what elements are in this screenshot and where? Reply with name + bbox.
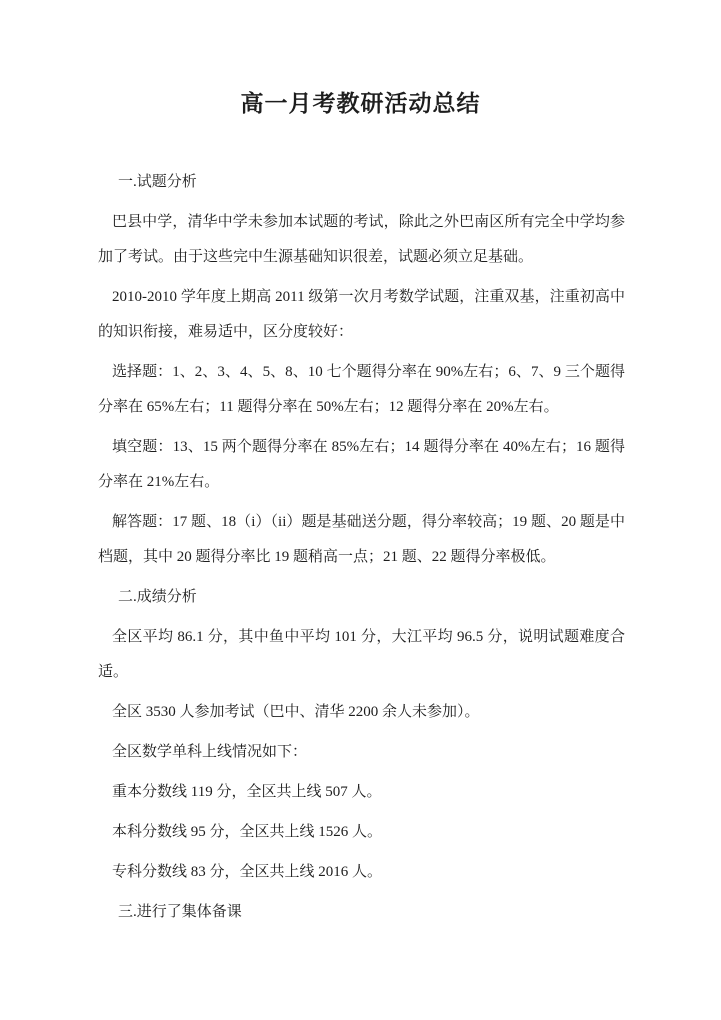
body-paragraph: 选择题：1、2、3、4、5、8、10 七个题得分率在 90%左右；6、7、9 三…: [98, 355, 625, 425]
body-paragraph: 全区平均 86.1 分，其中鱼中平均 101 分，大江平均 96.5 分，说明试…: [98, 620, 625, 690]
body-paragraph: 解答题：17 题、18（i）（ii）题是基础送分题，得分率较高；19 题、20 …: [98, 505, 625, 575]
document-body: 一.试题分析巴县中学，清华中学未参加本试题的考试，除此之外巴南区所有完全中学均参…: [0, 165, 625, 930]
body-paragraph: 全区数学单科上线情况如下：: [98, 735, 625, 770]
document-title: 高一月考教研活动总结: [0, 0, 721, 119]
body-paragraph: 2010-2010 学年度上期高 2011 级第一次月考数学试题，注重双基，注重…: [98, 280, 625, 350]
body-paragraph: 全区 3530 人参加考试（巴中、清华 2200 余人未参加）。: [98, 695, 625, 730]
body-paragraph: 巴县中学，清华中学未参加本试题的考试，除此之外巴南区所有完全中学均参加了考试。由…: [98, 205, 625, 275]
document-page: 高一月考教研活动总结 一.试题分析巴县中学，清华中学未参加本试题的考试，除此之外…: [0, 0, 721, 1020]
section-heading: 三.进行了集体备课: [98, 895, 625, 930]
body-paragraph: 重本分数线 119 分，全区共上线 507 人。: [98, 775, 625, 810]
section-heading: 二.成绩分析: [98, 580, 625, 615]
body-paragraph: 本科分数线 95 分，全区共上线 1526 人。: [98, 815, 625, 850]
section-heading: 一.试题分析: [98, 165, 625, 200]
body-paragraph: 填空题：13、15 两个题得分率在 85%左右；14 题得分率在 40%左右；1…: [98, 430, 625, 500]
body-paragraph: 专科分数线 83 分，全区共上线 2016 人。: [98, 855, 625, 890]
